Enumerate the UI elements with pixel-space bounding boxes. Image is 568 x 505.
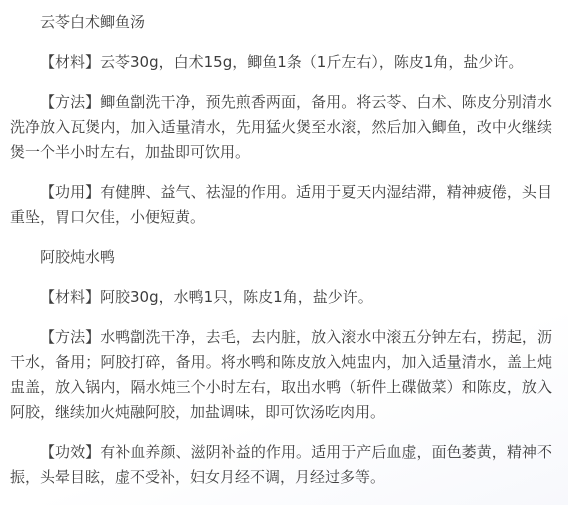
recipe-2-method-paragraph: 【方法】水鸭劏洗干净，去毛，去内脏，放入滚水中滚五分钟左右，捞起，沥干水，备用；… <box>10 325 552 425</box>
recipe-1-method-paragraph: 【方法】鲫鱼劏洗干净，预先煎香两面，备用。将云苓、白术、陈皮分别清水洗净放入瓦煲… <box>10 90 552 165</box>
recipe-1-materials-label: 【材料】 <box>40 53 100 71</box>
recipe-1-title: 云苓白术鲫鱼汤 <box>10 10 552 35</box>
recipe-2-method-label: 【方法】 <box>40 328 100 346</box>
recipe-1-function-paragraph: 【功用】有健脾、益气、祛湿的作用。适用于夏天内湿结滞，精神疲倦，头目重坠，胃口欠… <box>10 180 552 230</box>
recipe-2-materials-paragraph: 【材料】阿胶30g，水鸭1只，陈皮1角，盐少许。 <box>10 285 552 310</box>
recipe-2-materials-label: 【材料】 <box>40 288 100 306</box>
recipe-2-effect-paragraph: 【功效】有补血养颜、滋阴补益的作用。适用于产后血虚，面色萎黄，精神不振，头晕目眩… <box>10 440 552 490</box>
recipe-1-materials-text: 云苓30g，白术15g，鲫鱼1条（1斤左右），陈皮1角，盐少许。 <box>100 53 523 71</box>
recipe-1-materials-paragraph: 【材料】云苓30g，白术15g，鲫鱼1条（1斤左右），陈皮1角，盐少许。 <box>10 50 552 75</box>
recipe-2-materials-text: 阿胶30g，水鸭1只，陈皮1角，盐少许。 <box>100 288 373 306</box>
recipe-1-function-label: 【功用】 <box>40 183 100 201</box>
recipe-2-effect-label: 【功效】 <box>40 443 100 461</box>
recipe-2-title: 阿胶炖水鸭 <box>10 245 552 270</box>
recipe-1-method-label: 【方法】 <box>40 93 100 111</box>
recipe-document: 云苓白术鲫鱼汤 【材料】云苓30g，白术15g，鲫鱼1条（1斤左右），陈皮1角，… <box>0 0 568 505</box>
